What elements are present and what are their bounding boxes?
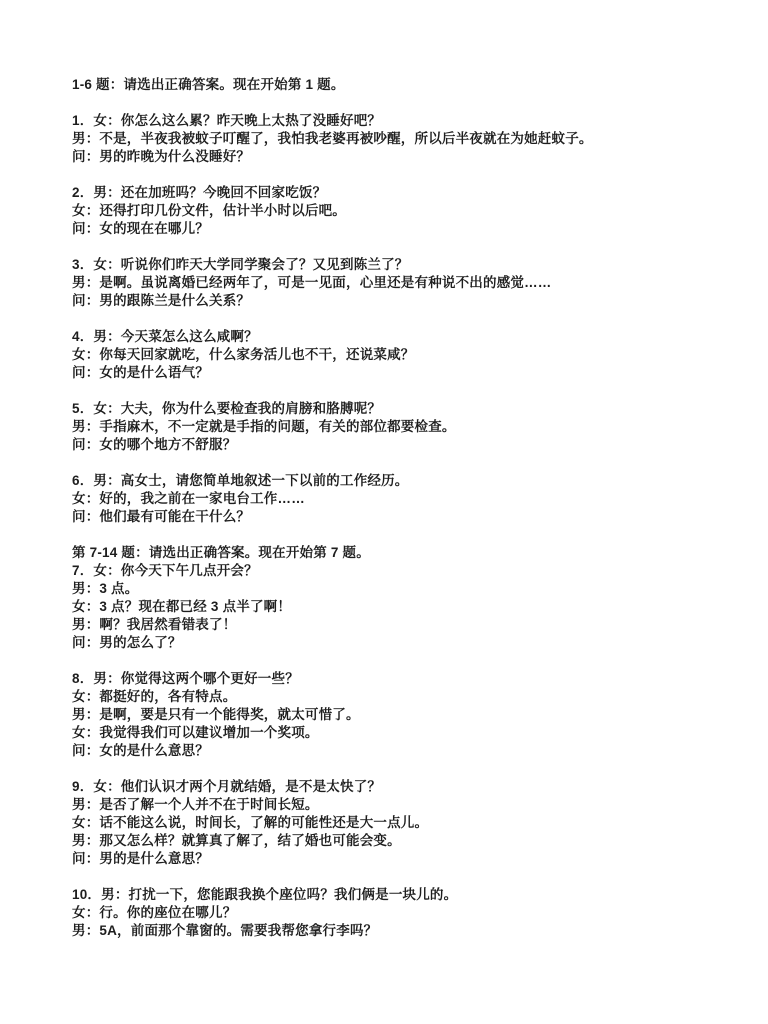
item-3: 3．女：听说你们昨天大学同学聚会了？又见到陈兰了？ 男：是啊。虽说离婚已经两年了… — [72, 256, 728, 310]
question-line: 问：女的是什么意思？ — [72, 742, 728, 760]
dialogue-line: 女：好的，我之前在一家电台工作…… — [72, 490, 728, 508]
dialogue-line: 女：还得打印几份文件，估计半小时以后吧。 — [72, 202, 728, 220]
question-line: 问：他们最有可能在干什么？ — [72, 508, 728, 526]
dialogue-line: 女：行。你的座位在哪儿？ — [72, 904, 728, 922]
dialogue-line: 男：那又怎么样？就算真了解了，结了婚也可能会变。 — [72, 832, 728, 850]
dialogue-line: 1．女：你怎么这么累？昨天晚上太热了没睡好吧？ — [72, 112, 728, 130]
dialogue-line: 男：手指麻木，不一定就是手指的问题，有关的部位都要检查。 — [72, 418, 728, 436]
dialogue-line: 10．男：打扰一下，您能跟我换个座位吗？我们俩是一块儿的。 — [72, 886, 728, 904]
question-line: 问：男的昨晚为什么没睡好？ — [72, 148, 728, 166]
item-4: 4．男：今天菜怎么这么咸啊？ 女：你每天回家就吃，什么家务活儿也不干，还说菜咸？… — [72, 328, 728, 382]
dialogue-line: 4．男：今天菜怎么这么咸啊？ — [72, 328, 728, 346]
dialogue-line: 男：是否了解一个人并不在于时间长短。 — [72, 796, 728, 814]
question-line: 问：女的是什么语气？ — [72, 364, 728, 382]
document-page: 1-6 题：请选出正确答案。现在开始第 1 题。 1．女：你怎么这么累？昨天晚上… — [0, 0, 768, 1024]
item-2: 2．男：还在加班吗？今晚回不回家吃饭？ 女：还得打印几份文件，估计半小时以后吧。… — [72, 184, 728, 238]
dialogue-line: 2．男：还在加班吗？今晚回不回家吃饭？ — [72, 184, 728, 202]
dialogue-line: 女：你每天回家就吃，什么家务活儿也不干，还说菜咸？ — [72, 346, 728, 364]
item-6: 6．男：高女士，请您简单地叙述一下以前的工作经历。 女：好的，我之前在一家电台工… — [72, 472, 728, 526]
section-instruction: 1-6 题：请选出正确答案。现在开始第 1 题。 — [72, 76, 728, 94]
section-instruction: 第 7-14 题：请选出正确答案。现在开始第 7 题。 — [72, 544, 728, 562]
dialogue-line: 女：我觉得我们可以建议增加一个奖项。 — [72, 724, 728, 742]
question-line: 问：男的跟陈兰是什么关系？ — [72, 292, 728, 310]
dialogue-line: 女：都挺好的，各有特点。 — [72, 688, 728, 706]
section-instruction-1-6: 1-6 题：请选出正确答案。现在开始第 1 题。 — [72, 76, 728, 94]
dialogue-line: 男：3 点。 — [72, 580, 728, 598]
item-8: 8．男：你觉得这两个哪个更好一些？ 女：都挺好的，各有特点。 男：是啊，要是只有… — [72, 670, 728, 760]
question-line: 问：女的哪个地方不舒服？ — [72, 436, 728, 454]
dialogue-line: 女：话不能这么说，时间长，了解的可能性还是大一点儿。 — [72, 814, 728, 832]
dialogue-line: 8．男：你觉得这两个哪个更好一些？ — [72, 670, 728, 688]
dialogue-line: 男：啊？我居然看错表了！ — [72, 616, 728, 634]
dialogue-line: 男：不是，半夜我被蚊子叮醒了，我怕我老婆再被吵醒，所以后半夜就在为她赶蚊子。 — [72, 130, 728, 148]
dialogue-line: 6．男：高女士，请您简单地叙述一下以前的工作经历。 — [72, 472, 728, 490]
dialogue-line: 7．女：你今天下午几点开会？ — [72, 562, 728, 580]
dialogue-line: 3．女：听说你们昨天大学同学聚会了？又见到陈兰了？ — [72, 256, 728, 274]
dialogue-line: 男：是啊。虽说离婚已经两年了，可是一见面，心里还是有种说不出的感觉…… — [72, 274, 728, 292]
section-7-14-and-item-7: 第 7-14 题：请选出正确答案。现在开始第 7 题。 7．女：你今天下午几点开… — [72, 544, 728, 652]
dialogue-line: 男：是啊，要是只有一个能得奖，就太可惜了。 — [72, 706, 728, 724]
item-5: 5．女：大夫，你为什么要检查我的肩膀和胳膊呢？ 男：手指麻木，不一定就是手指的问… — [72, 400, 728, 454]
question-line: 问：女的现在在哪儿？ — [72, 220, 728, 238]
item-9: 9．女：他们认识才两个月就结婚，是不是太快了？ 男：是否了解一个人并不在于时间长… — [72, 778, 728, 868]
item-1: 1．女：你怎么这么累？昨天晚上太热了没睡好吧？ 男：不是，半夜我被蚊子叮醒了，我… — [72, 112, 728, 166]
question-line: 问：男的是什么意思？ — [72, 850, 728, 868]
item-10: 10．男：打扰一下，您能跟我换个座位吗？我们俩是一块儿的。 女：行。你的座位在哪… — [72, 886, 728, 940]
dialogue-line: 女：3 点？现在都已经 3 点半了啊！ — [72, 598, 728, 616]
dialogue-line: 5．女：大夫，你为什么要检查我的肩膀和胳膊呢？ — [72, 400, 728, 418]
question-line: 问：男的怎么了？ — [72, 634, 728, 652]
dialogue-line: 男：5A，前面那个靠窗的。需要我帮您拿行李吗？ — [72, 922, 728, 940]
dialogue-line: 9．女：他们认识才两个月就结婚，是不是太快了？ — [72, 778, 728, 796]
